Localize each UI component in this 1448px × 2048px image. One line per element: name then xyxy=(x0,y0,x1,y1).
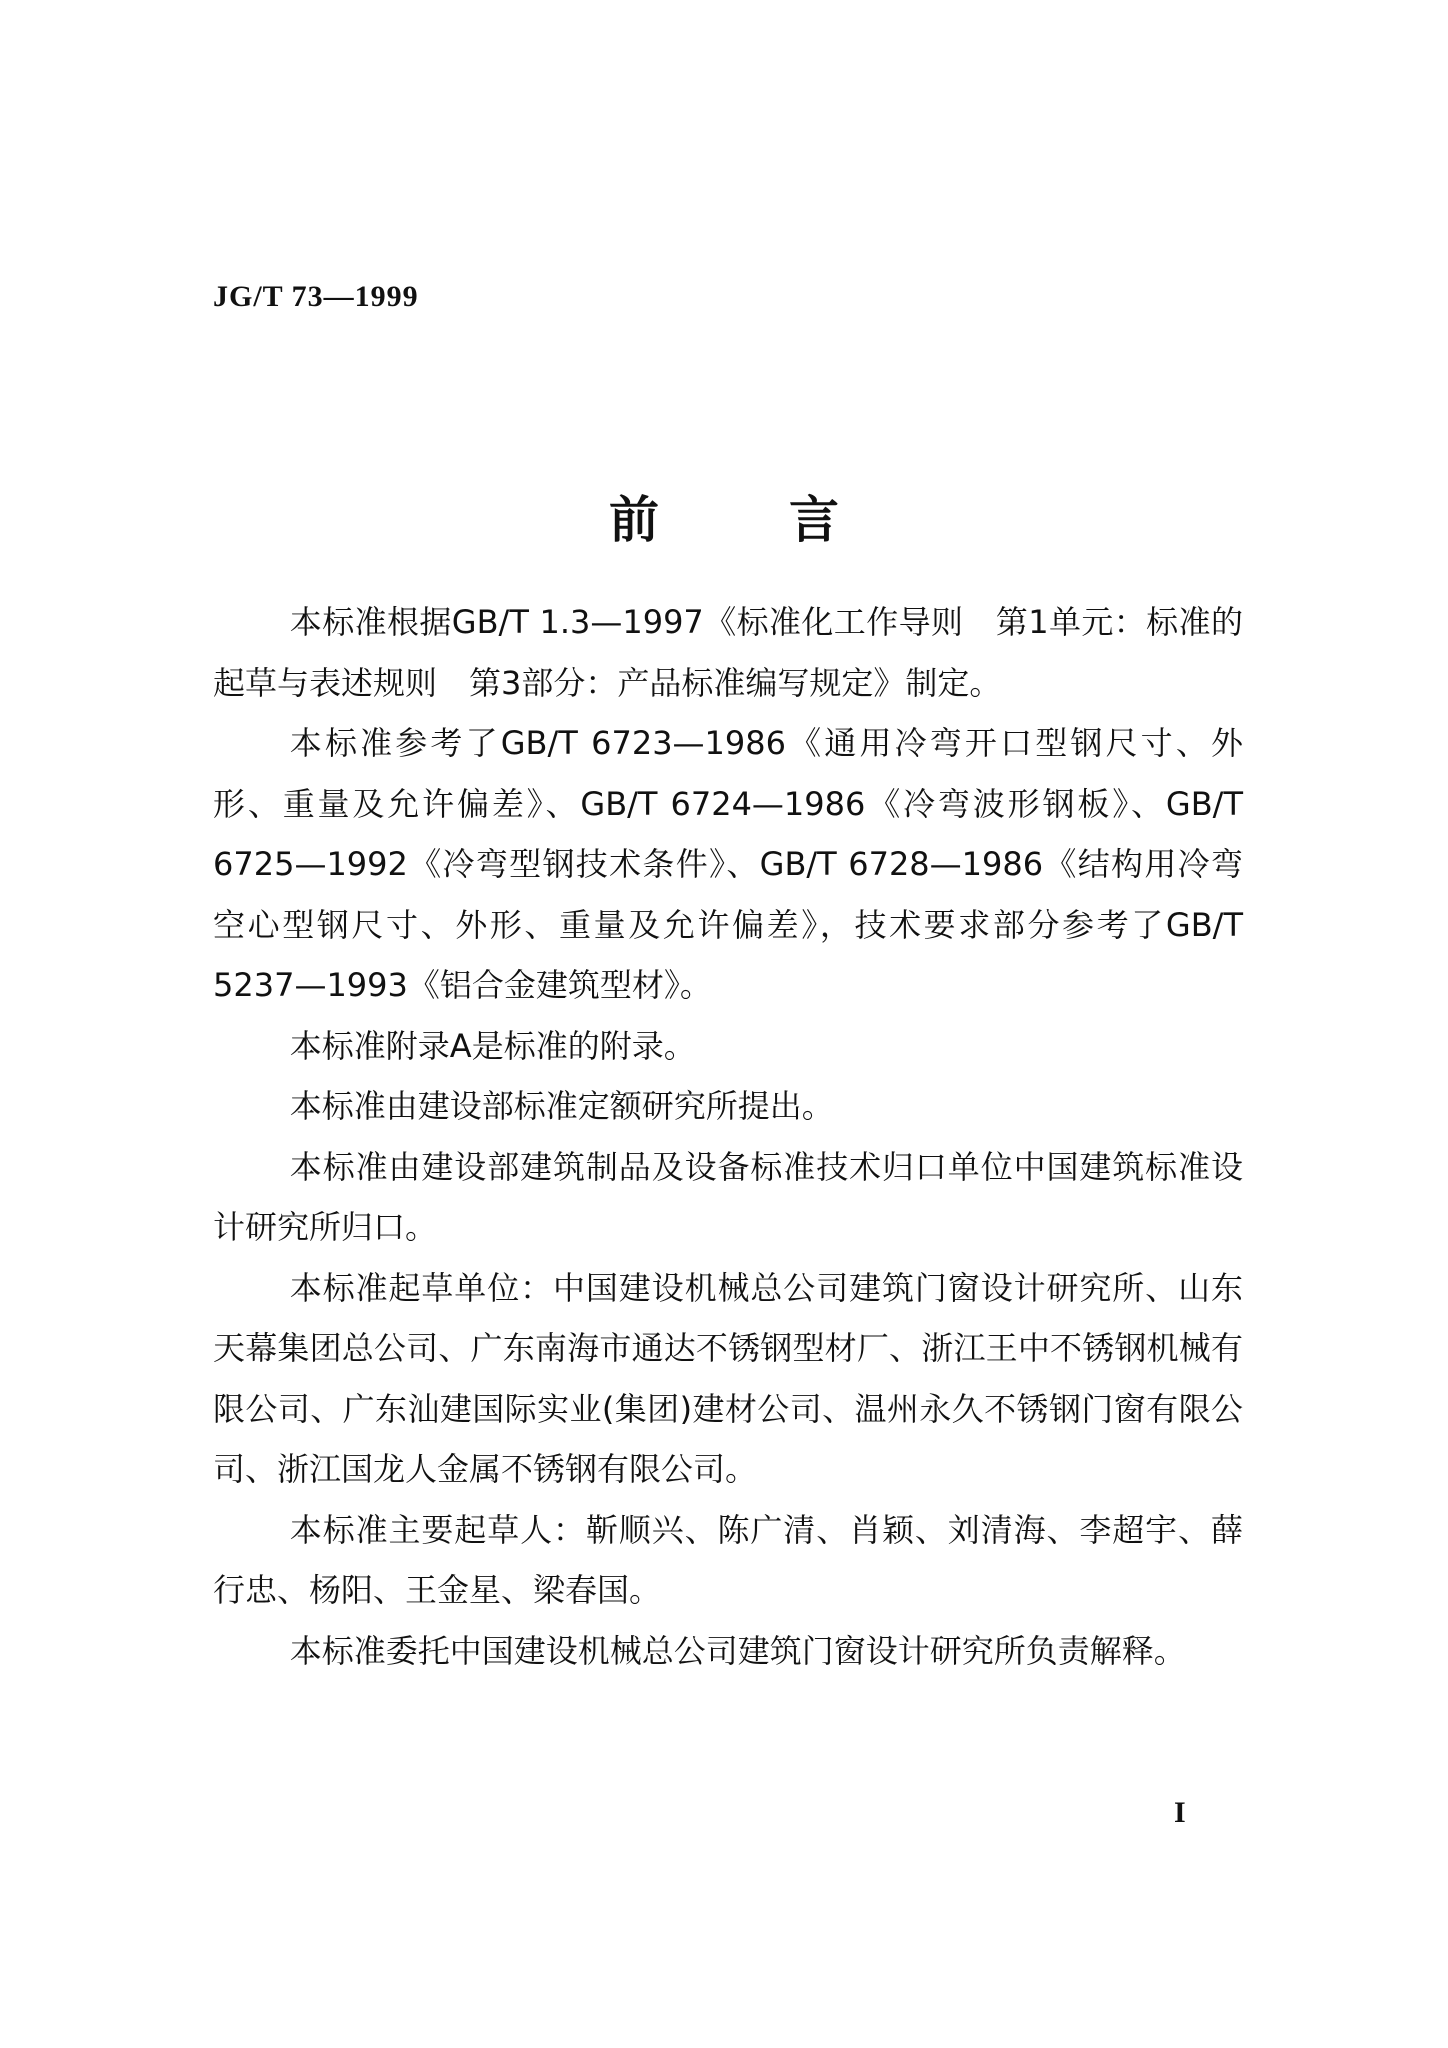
page-number: I xyxy=(1174,1796,1186,1830)
paragraph-drafting-units: 本标准起草单位：中国建设机械总公司建筑门窗设计研究所、山东天幕集团总公司、广东南… xyxy=(213,1258,1243,1500)
title-char-2: 言 xyxy=(789,490,839,550)
paragraph-basis: 本标准根据GB/T 1.3—1997《标准化工作导则 第1单元：标准的起草与表述… xyxy=(213,592,1243,713)
paragraph-proposer: 本标准由建设部标准定额研究所提出。 xyxy=(213,1076,1243,1137)
paragraph-references: 本标准参考了GB/T 6723—1986《通用冷弯开口型钢尺寸、外形、重量及允许… xyxy=(213,713,1243,1016)
page-title: 前言 xyxy=(0,490,1448,550)
paragraph-administrator: 本标准由建设部建筑制品及设备标准技术归口单位中国建筑标准设计研究所归口。 xyxy=(213,1137,1243,1258)
paragraph-interpretation: 本标准委托中国建设机械总公司建筑门窗设计研究所负责解释。 xyxy=(213,1621,1243,1682)
document-code: JG/T 73—1999 xyxy=(213,280,419,314)
foreword-body: 本标准根据GB/T 1.3—1997《标准化工作导则 第1单元：标准的起草与表述… xyxy=(213,592,1243,1681)
paragraph-appendix: 本标准附录A是标准的附录。 xyxy=(213,1016,1243,1077)
title-char-1: 前 xyxy=(609,490,659,550)
paragraph-drafters: 本标准主要起草人：靳顺兴、陈广清、肖颖、刘清海、李超宇、薛行忠、杨阳、王金星、梁… xyxy=(213,1500,1243,1621)
